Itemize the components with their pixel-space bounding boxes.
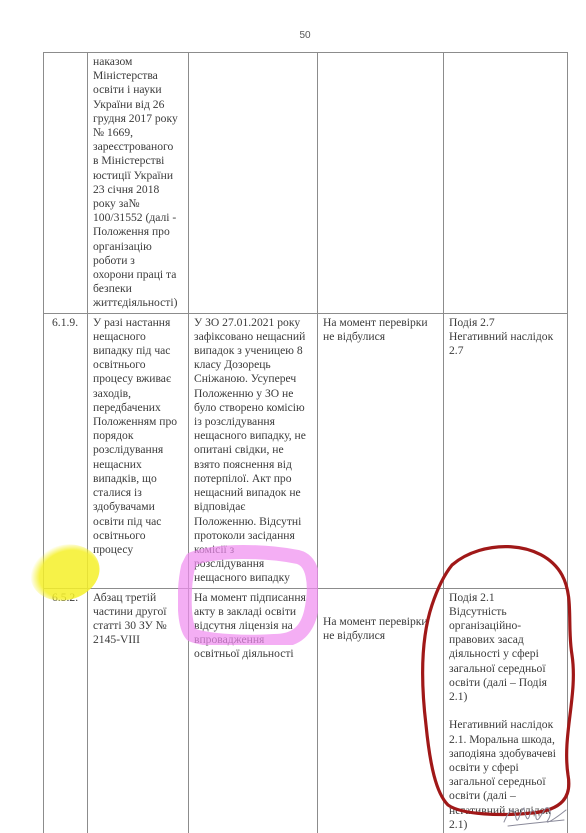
event-cell xyxy=(444,53,568,314)
item-number-cell xyxy=(44,53,88,314)
note-cell: На момент перевірки не відбулися xyxy=(318,313,444,588)
requirement-cell: наказом Міністерства освіти і науки Укра… xyxy=(88,53,189,314)
note-cell: На момент перевірки не відбулися xyxy=(318,588,444,833)
page-number: 50 xyxy=(0,30,586,41)
table-row: 6.5.2. Абзац третій частини другої статт… xyxy=(44,588,568,833)
finding-cell xyxy=(189,53,318,314)
note-cell xyxy=(318,53,444,314)
table-row: 6.1.9. У разі настання нещасного випадку… xyxy=(44,313,568,588)
table-row: наказом Міністерства освіти і науки Укра… xyxy=(44,53,568,314)
finding-cell: У ЗО 27.01.2021 року зафіксовано нещасни… xyxy=(189,313,318,588)
event-cell: Подія 2.7 Негативний наслідок 2.7 xyxy=(444,313,568,588)
requirement-cell: У разі настання нещасного випадку під ча… xyxy=(88,313,189,588)
requirement-cell: Абзац третій частини другої статті 30 ЗУ… xyxy=(88,588,189,833)
finding-cell: На момент підписання акту в закладі осві… xyxy=(189,588,318,833)
findings-table: наказом Міністерства освіти і науки Укра… xyxy=(43,52,568,833)
item-number-cell: 6.1.9. xyxy=(44,313,88,588)
item-number-cell: 6.5.2. xyxy=(44,588,88,833)
event-cell: Подія 2.1 Відсутність організаційно- пра… xyxy=(444,588,568,833)
